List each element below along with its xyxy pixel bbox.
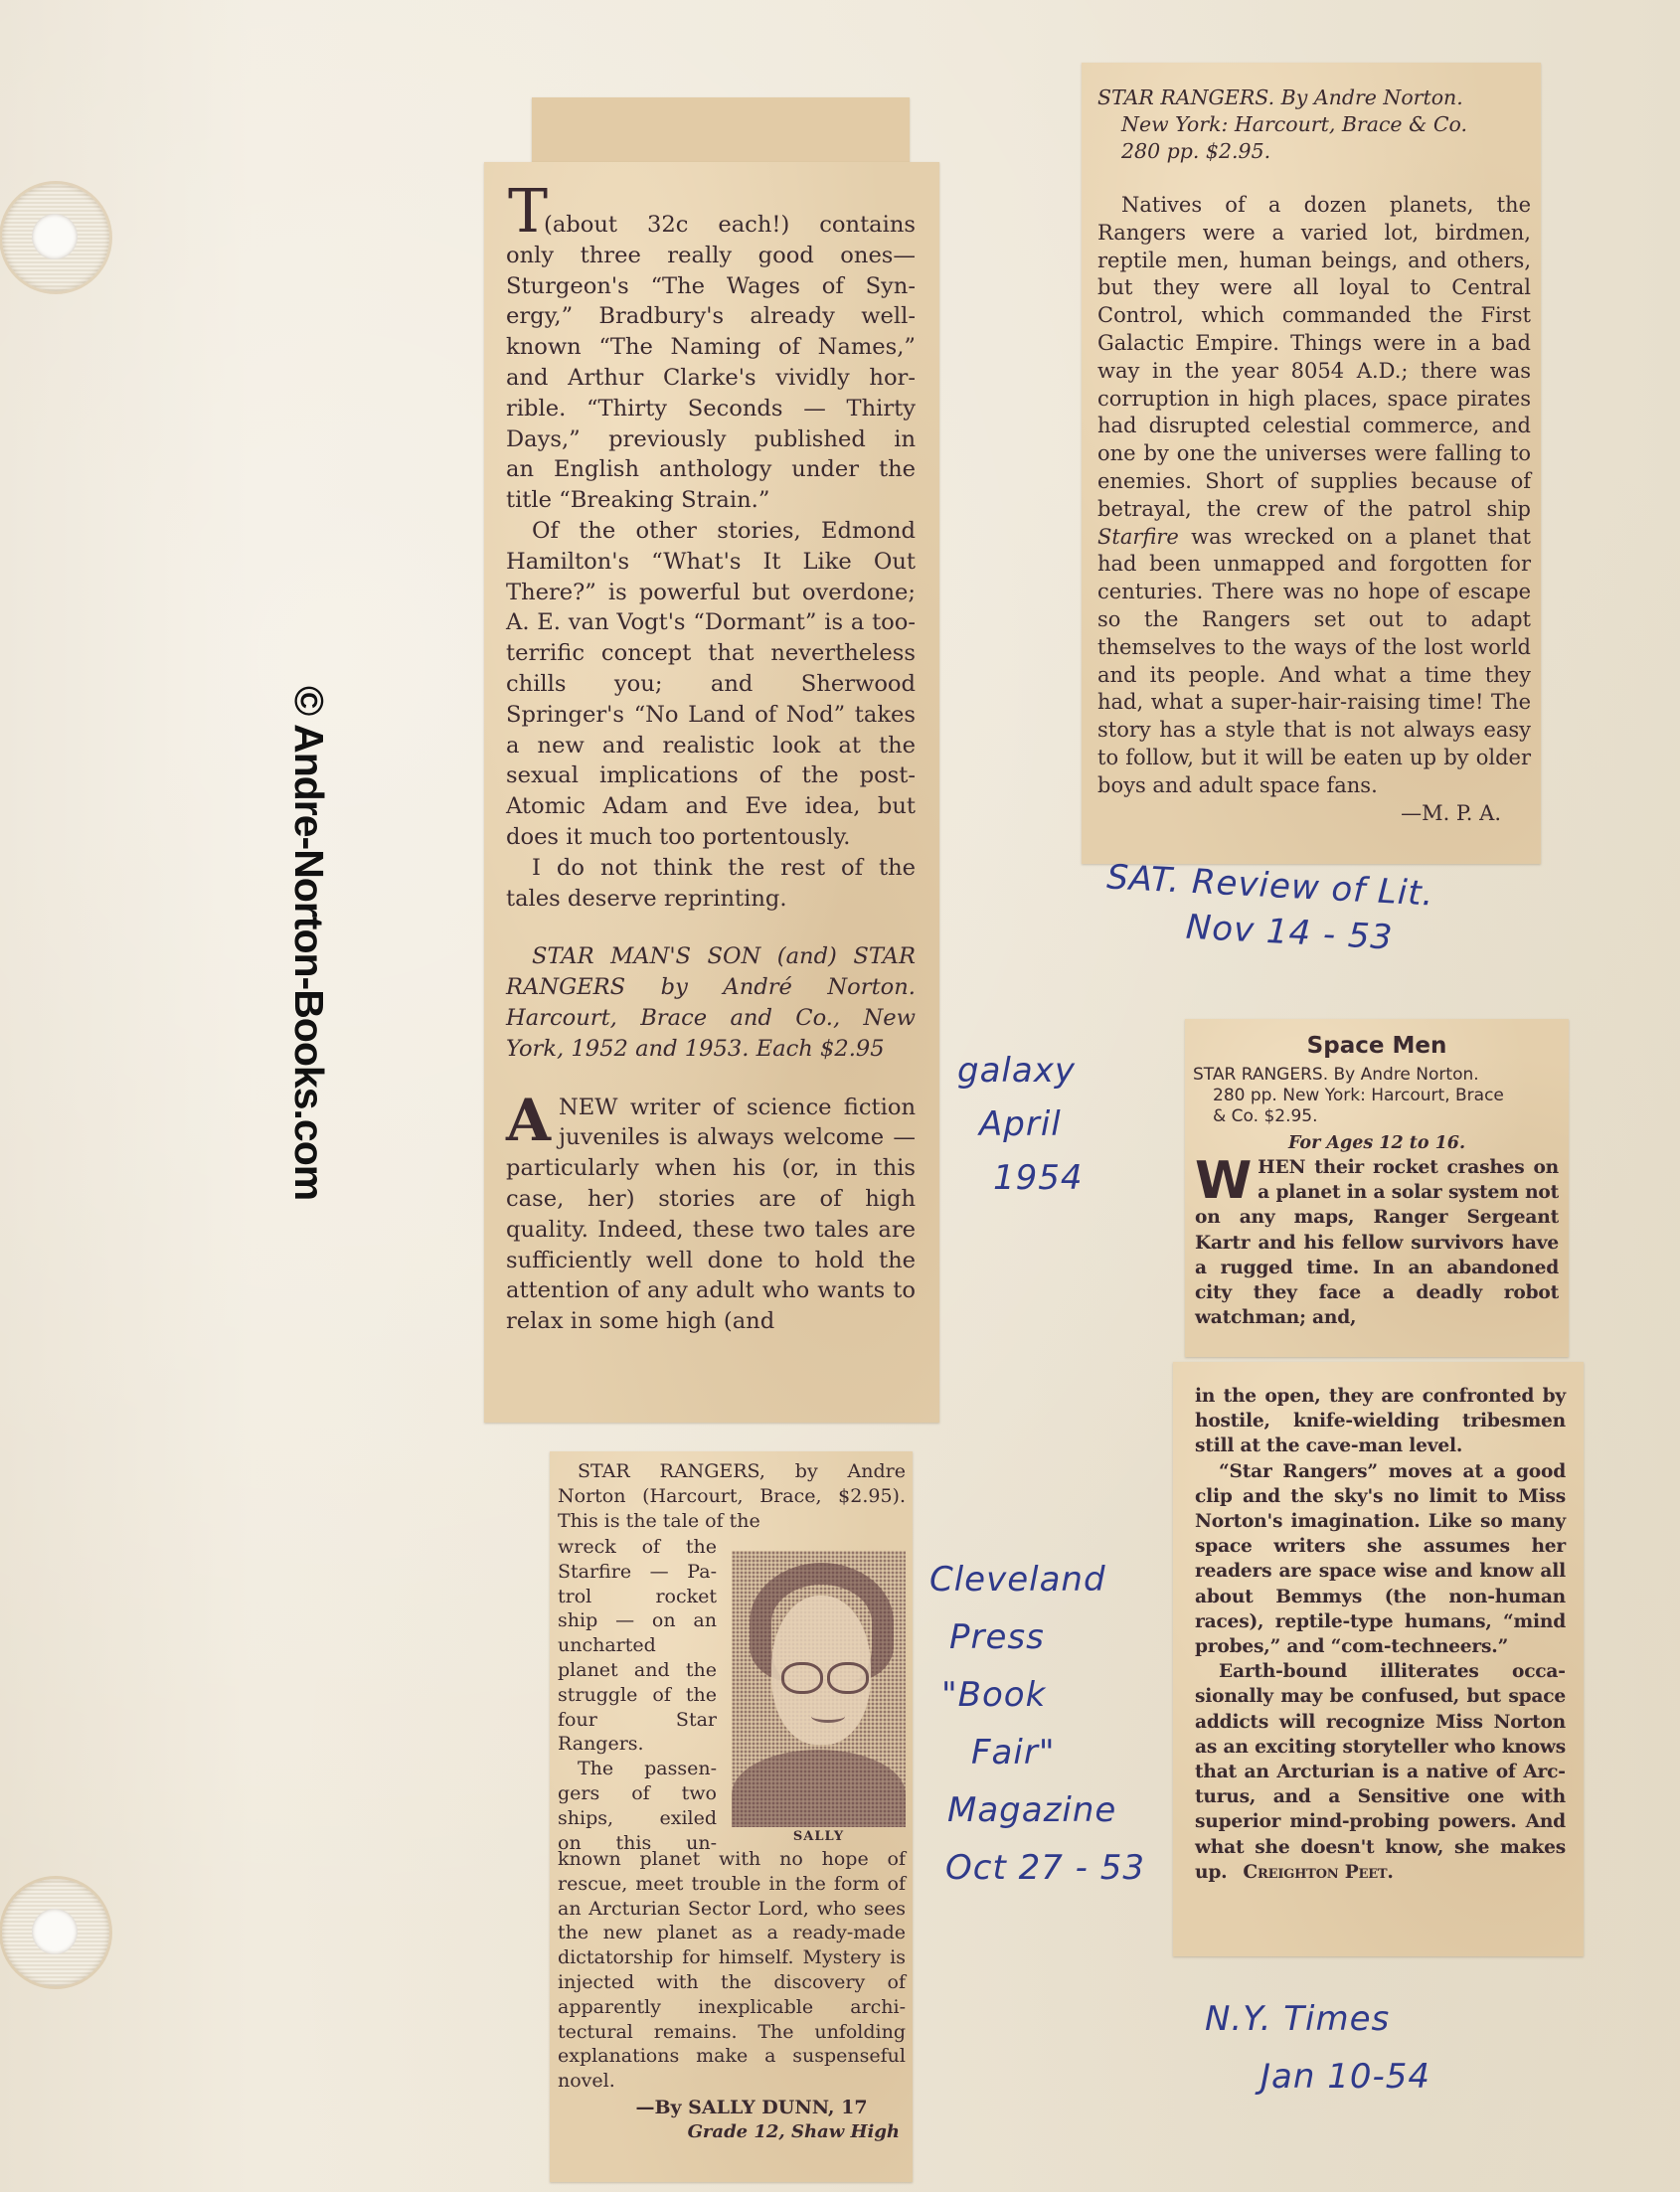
paragraph: Of the other stories, Edmond Hamilton's … (506, 516, 916, 853)
text-line: uncharted (558, 1633, 717, 1658)
paragraph: I do not think the rest of the tales des… (506, 853, 916, 915)
text-line: The passen- (558, 1757, 717, 1781)
handwritten-note-saturday-review: SAT. Review of Lit. Nov 14 - 53 (1103, 854, 1435, 962)
text-line: ship — on an (558, 1608, 717, 1633)
galaxy-review-clipping: T (about 32c each!) containsonly three r… (484, 162, 939, 1423)
text-line: title “Breaking Strain.” (506, 485, 916, 516)
age-range: For Ages 12 to 16. (1185, 1133, 1569, 1153)
text-line: wreck of the (558, 1535, 717, 1560)
book-citation: STAR RANGERS. By Andre Norton. New York:… (1097, 84, 1535, 165)
text-line: known “The Naming of Names,” (506, 332, 916, 363)
paragraph: wreck of theStarfire — Pa-trol rocketshi… (558, 1535, 717, 1855)
hole (32, 214, 78, 259)
paragraph: Earth-bound illiterates occa­sionally ma… (1195, 1659, 1566, 1885)
handwritten-note-galaxy: galaxy April 1954 (957, 1044, 1084, 1205)
signature: Creighton Peet. (1243, 1862, 1393, 1883)
book-citation: STAR RANGERS, by Andre Norton (Harcourt,… (558, 1459, 906, 1533)
text-line: Sturgeon's “The Wages of Syn- (506, 271, 916, 302)
saturday-review-clipping: STAR RANGERS. By Andre Norton. New York:… (1082, 63, 1541, 864)
text-line: an English anthology under the (506, 454, 916, 485)
author-photo (732, 1551, 906, 1827)
text-line: trol rocket (558, 1585, 717, 1609)
paragraph: Natives of a dozen planets, the Rangers … (1097, 192, 1531, 800)
text-line: Rangers. (558, 1732, 717, 1757)
binder-ring-hole-top (2, 184, 109, 291)
text-line: and Arthur Clarke's vividly hor- (506, 363, 916, 394)
text-line: planet and the (558, 1658, 717, 1683)
ny-times-body: in the open, they are confronted by host… (1195, 1384, 1566, 1885)
galaxy-clipping-fold-tab (532, 97, 910, 167)
text-line: (about 32c each!) contains (506, 210, 916, 241)
ny-times-clipping-top: Space Men STAR RANGERS. By Andre Norton.… (1185, 1019, 1569, 1357)
hole (32, 1909, 78, 1954)
saturday-review-body: Natives of a dozen planets, the Rangers … (1097, 192, 1531, 827)
paragraph: ANEW writer of science fiction juveniles… (506, 1093, 916, 1337)
photo-caption: SALLY (732, 1829, 906, 1844)
text-line: gers of two (558, 1781, 717, 1806)
school-line: Grade 12, Shaw High (558, 2120, 906, 2145)
drop-cap: W (1195, 1159, 1252, 1203)
cleveland-review-body: known planet with no hope of rescue, mee… (558, 1847, 906, 2145)
cleveland-press-clipping: STAR RANGERS, by Andre Norton (Harcourt,… (550, 1451, 913, 2182)
handwritten-note-cleveland-press: Cleveland Press "Book Fair" Magazine Oct… (929, 1551, 1145, 1897)
text-line: struggle of the (558, 1683, 717, 1708)
text-line: Days,” previously published in (506, 424, 916, 455)
headline: Space Men (1185, 1033, 1569, 1059)
drop-cap: A (506, 1095, 551, 1146)
text-line: ships, exiled (558, 1806, 717, 1831)
text-line: Starfire — Pa- (558, 1560, 717, 1585)
handwritten-note-ny-times: N.Y. Times Jan 10-54 (1205, 1990, 1430, 2106)
paragraph: known planet with no hope of rescue, mee… (558, 1847, 906, 2094)
text-line: ergy,” Bradbury's already well- (506, 301, 916, 332)
paragraph: (about 32c each!) containsonly three rea… (506, 210, 916, 516)
ny-times-clipping-bottom: in the open, they are confronted by host… (1173, 1362, 1584, 1956)
paragraph: in the open, they are confronted by host… (1195, 1384, 1566, 1459)
text-line: four Star (558, 1708, 717, 1733)
galaxy-review-body: (about 32c each!) containsonly three rea… (506, 210, 916, 1337)
paragraph: WHEN their rocket crashes on a planet in… (1195, 1155, 1559, 1330)
binder-ring-hole-bottom (2, 1879, 109, 1986)
book-citation: STAR RANGERS. By Andre Norton. 280 pp. N… (1193, 1065, 1559, 1127)
text-line: only three really good ones— (506, 241, 916, 271)
paragraph: “Star Rangers” moves at a good clip and … (1195, 1459, 1566, 1660)
text-line: rible. “Thirty Seconds — Thirty (506, 394, 916, 424)
book-citation: STAR MAN'S SON (and) STAR RANGERS by And… (506, 941, 916, 1064)
copyright-watermark: © Andre-Norton-Books.com (284, 686, 334, 1282)
signature: —M. P. A. (1097, 800, 1531, 828)
byline: —By SALLY DUNN, 17 (558, 2096, 906, 2120)
